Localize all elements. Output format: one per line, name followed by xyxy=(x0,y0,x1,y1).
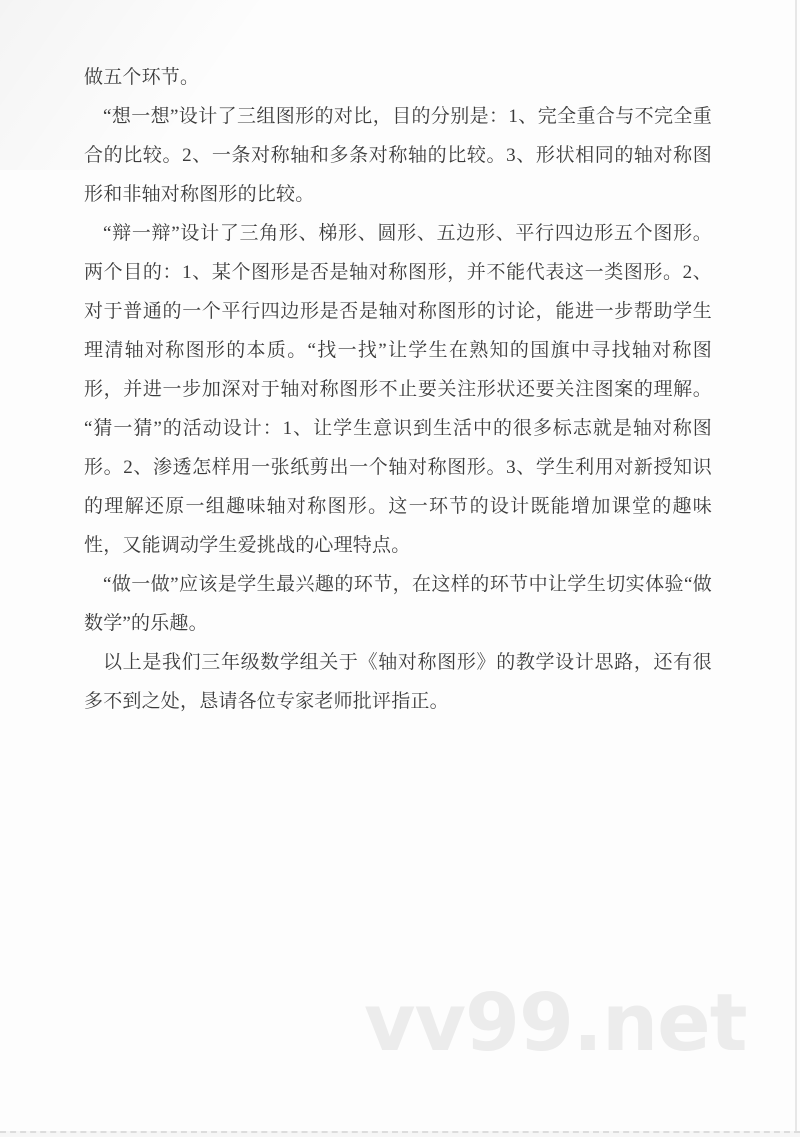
watermark-text: vv99.net xyxy=(364,986,747,1060)
paragraph: “做一做”应该是学生最兴趣的环节，在这样的环节中让学生切实体验“做数学”的乐趣。 xyxy=(84,565,712,643)
scanned-document-page: 做五个环节。“想一想”设计了三组图形的对比，目的分别是：1、完全重合与不完全重合… xyxy=(0,0,800,1137)
scan-bottom-dashed-line xyxy=(0,1131,800,1137)
paragraph: 以上是我们三年级数学组关于《轴对称图形》的教学设计思路，还有很多不到之处，恳请各… xyxy=(84,643,712,721)
paragraph: “想一想”设计了三组图形的对比，目的分别是：1、完全重合与不完全重合的比较。2、… xyxy=(84,97,712,214)
document-body: 做五个环节。“想一想”设计了三组图形的对比，目的分别是：1、完全重合与不完全重合… xyxy=(84,58,712,721)
paragraph: “辩一辩”设计了三角形、梯形、圆形、五边形、平行四边形五个图形。两个目的：1、某… xyxy=(84,214,712,565)
paragraph: 做五个环节。 xyxy=(84,58,712,97)
scan-right-edge-line xyxy=(795,0,797,1137)
